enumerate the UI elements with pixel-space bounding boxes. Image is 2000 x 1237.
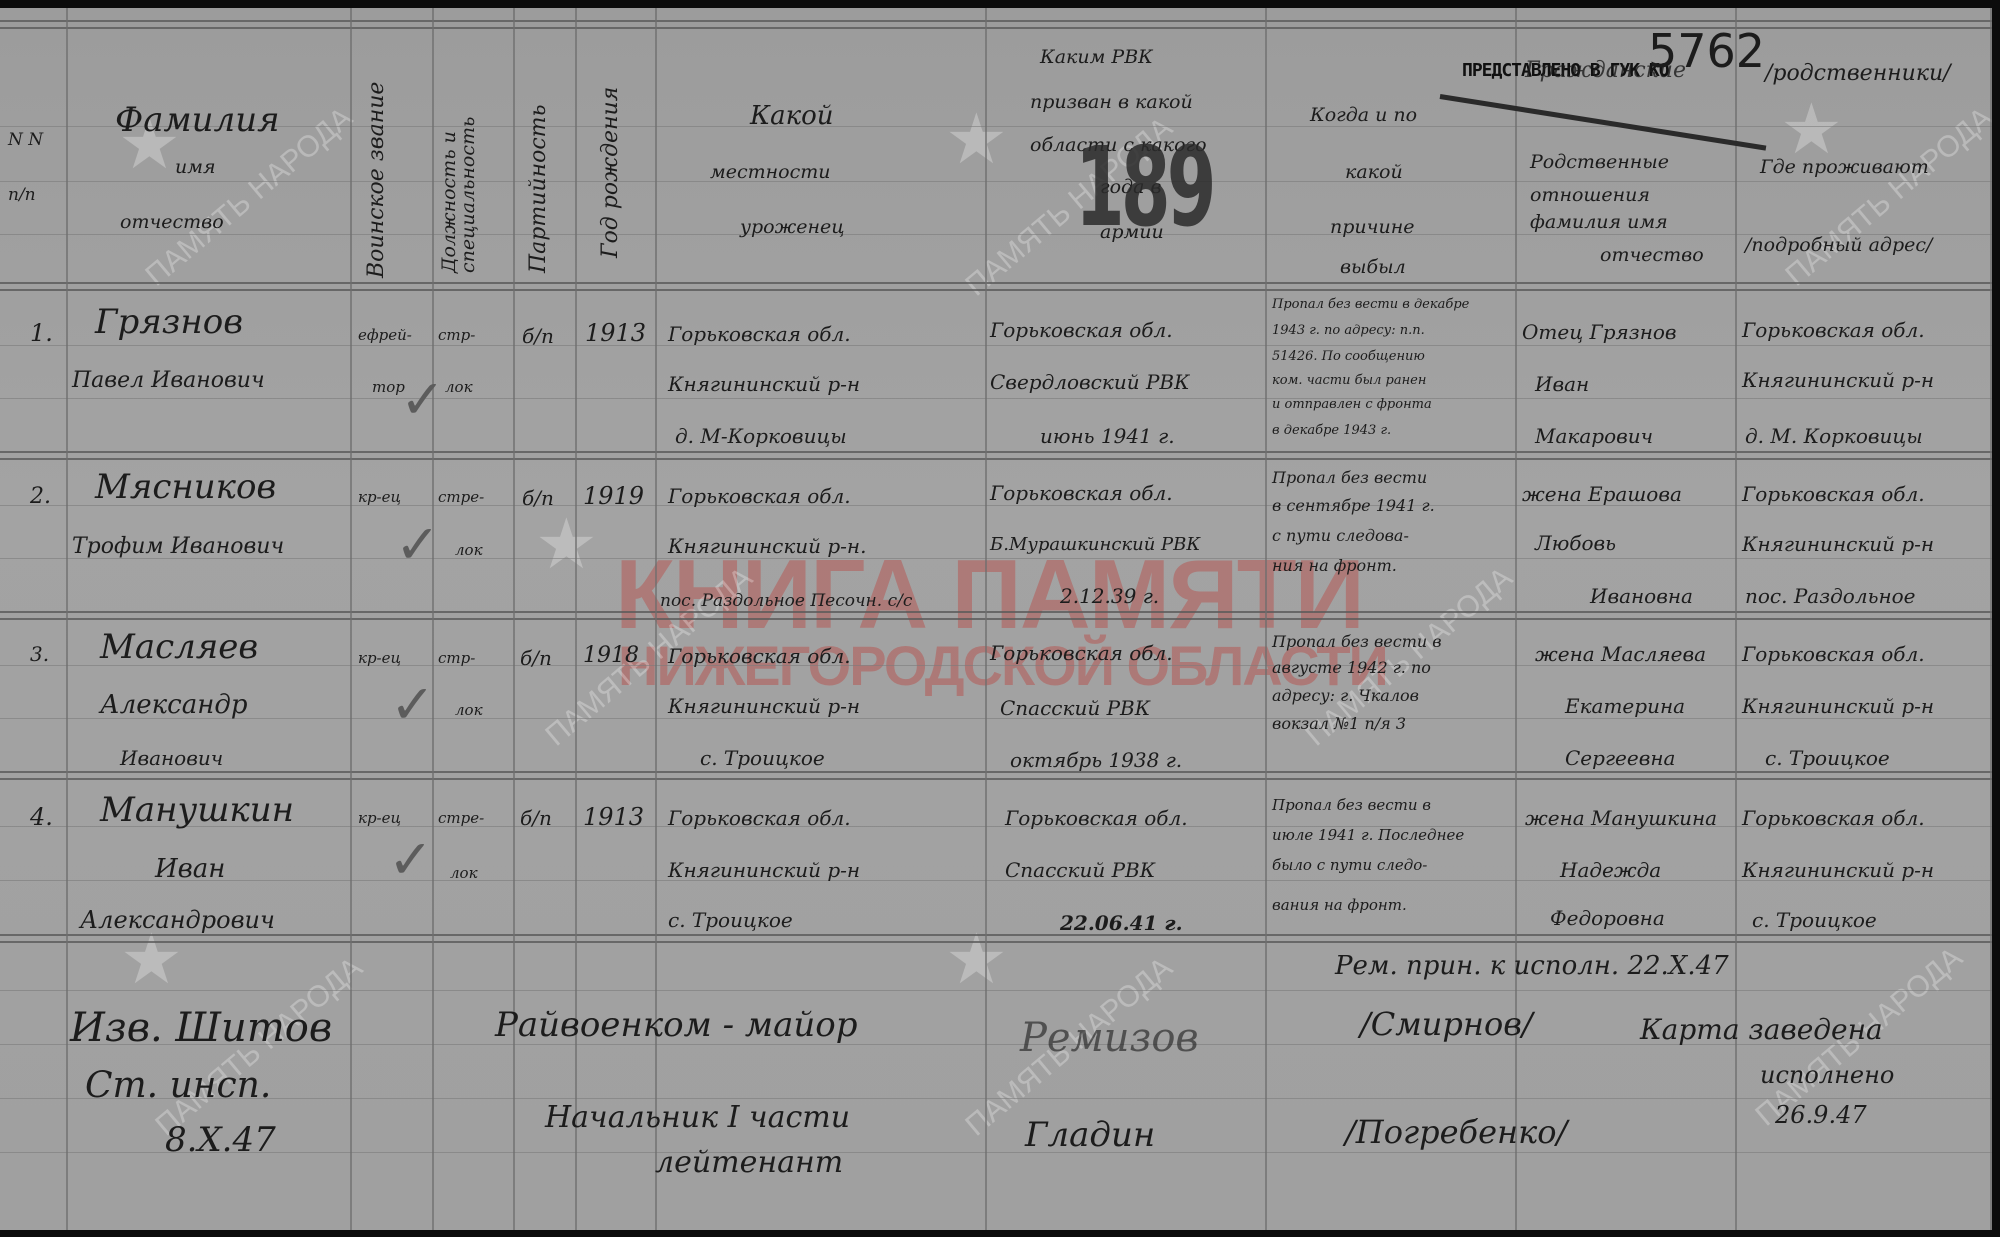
header-reason: выбыл: [1340, 258, 1406, 277]
col-divider: [350, 8, 352, 1230]
relative: Любовь: [1535, 533, 1616, 553]
draft-office: Б.Мурашкинский РВК: [990, 536, 1200, 554]
address: пос. Раздольное: [1745, 586, 1916, 606]
birthplace: Горьковская обл.: [668, 486, 851, 506]
rule: [0, 1152, 1992, 1153]
col-divider: [655, 8, 657, 1230]
checkmark-icon: ✓: [400, 368, 445, 431]
address: Горьковская обл.: [1742, 644, 1925, 664]
birthplace: с. Троицкое: [700, 748, 825, 768]
rule: [0, 1098, 1992, 1099]
rule-header-bottom: [0, 282, 1992, 291]
col-divider: [1265, 8, 1267, 1230]
header-birthplace: местности: [710, 163, 831, 182]
header-patronymic: отчество: [120, 213, 224, 232]
draft-office: Свердловский РВК: [990, 372, 1190, 392]
draft-office: Горьковская обл.: [1005, 808, 1188, 828]
rule: [0, 505, 1992, 506]
signature-2: Гладин: [1025, 1118, 1155, 1152]
loss-reason: адресу: г. Чкалов: [1272, 688, 1419, 704]
address: с. Троицкое: [1752, 910, 1877, 930]
draft-office: Спасский РВК: [1000, 698, 1150, 718]
rank: кр-ец: [358, 811, 401, 826]
rule: [0, 718, 1992, 719]
loss-reason: и отправлен с фронта: [1272, 398, 1432, 411]
patronymic: Александрович: [80, 908, 275, 932]
relative: Иван: [1535, 374, 1589, 394]
header-relatives: отношения: [1530, 186, 1650, 205]
footer-title: лейтенант: [655, 1148, 843, 1178]
header-surname: Фамилия: [115, 103, 280, 137]
relative: Сергеевна: [1565, 748, 1675, 768]
party: б/п: [522, 488, 554, 508]
header-reason: Когда и по: [1310, 106, 1417, 125]
loss-reason: в сентябре 1941 г.: [1272, 498, 1435, 514]
rule-row-1: [0, 451, 1992, 460]
row-number: 1.: [30, 321, 53, 345]
birth-year: 1913: [585, 321, 646, 345]
specialty: стре-: [438, 490, 484, 505]
header-birthplace: уроженец: [740, 218, 844, 237]
loss-reason: ния на фронт.: [1272, 558, 1397, 574]
header-draft: призван в какой: [1030, 93, 1193, 112]
col-divider: [1735, 8, 1737, 1230]
col-divider: [513, 8, 515, 1230]
relative: Надежда: [1560, 860, 1661, 880]
address: Княгининский р-н: [1742, 370, 1934, 390]
row-number: 3.: [30, 644, 49, 664]
address: Горьковская обл.: [1742, 320, 1925, 340]
birth-year: 1913: [583, 805, 644, 829]
specialty: лок: [455, 543, 483, 558]
specialty: лок: [450, 866, 478, 881]
col-divider: [985, 8, 987, 1230]
checkmark-icon: ✓: [390, 673, 435, 736]
star-icon: ★: [945, 98, 1008, 180]
specialty: лок: [445, 380, 473, 395]
draft-office: Горьковская обл.: [990, 483, 1173, 503]
loss-reason: июле 1941 г. Последнее: [1272, 828, 1464, 843]
header-address: Где проживают: [1760, 158, 1929, 177]
loss-reason: 51426. По сообщению: [1272, 350, 1425, 363]
star-icon: ★: [535, 503, 598, 585]
draft-date: октябрь 1938 г.: [1010, 750, 1182, 770]
loss-reason: 1943 г. по адресу: п.п.: [1272, 324, 1425, 337]
birth-year: 1919: [583, 484, 644, 508]
rank: кр-ец: [358, 490, 401, 505]
header-rank: Воинское звание: [366, 38, 388, 278]
loss-reason: Пропал без вести в декабре: [1272, 298, 1469, 311]
header-num: N N п/п: [8, 113, 48, 223]
relative: Макарович: [1535, 426, 1653, 446]
header-address: /подробный адрес/: [1745, 236, 1932, 255]
surname: Мясников: [95, 470, 276, 504]
loss-reason: ком. части был ранен: [1272, 374, 1426, 387]
address: с. Троицкое: [1765, 748, 1890, 768]
surname: Грязнов: [95, 305, 243, 339]
relative: жена Масляева: [1535, 644, 1706, 664]
party: б/п: [520, 808, 552, 828]
party: б/п: [522, 326, 554, 346]
star-icon: ★: [945, 918, 1008, 1000]
draft-office: Спасский РВК: [1005, 860, 1155, 880]
col-divider: [66, 8, 68, 1230]
draft-date: июнь 1941 г.: [1040, 426, 1175, 446]
birthplace: д. М-Корковицы: [675, 426, 847, 446]
top-right-note: /родственники/: [1765, 63, 1951, 85]
relative: Федоровна: [1550, 908, 1665, 928]
birthplace: с. Троицкое: [668, 910, 793, 930]
birth-year: 1918: [583, 645, 639, 667]
draft-office: Горьковская обл.: [990, 643, 1173, 663]
address: д. М. Корковицы: [1745, 426, 1923, 446]
rank: кр-ец: [358, 651, 401, 666]
col-divider: [432, 8, 434, 1230]
loss-reason: вания на фронт.: [1272, 898, 1407, 913]
rule: [0, 558, 1992, 559]
given-name: Иван: [155, 856, 225, 882]
header-draft: Каким РВК: [1040, 48, 1153, 67]
signature-1: Ремизов: [1020, 1018, 1199, 1058]
rank: ефрей-: [358, 328, 412, 343]
header-given-name: имя: [175, 158, 216, 177]
rule-row-2: [0, 611, 1992, 620]
birthplace: Княгининский р-н: [668, 374, 860, 394]
checkmark-icon: ✓: [395, 513, 440, 576]
header-relatives: Родственные: [1530, 153, 1669, 172]
rule-row-4: [0, 934, 1992, 943]
loss-reason: Пропал без вести в: [1272, 798, 1431, 813]
signatory-name-1: /Смирнов/: [1360, 1008, 1533, 1040]
footer-title: Райвоенком - майор: [495, 1008, 857, 1042]
header-birth-year: Год рождения: [600, 68, 650, 258]
birthplace: Княгининский р-н: [668, 696, 860, 716]
arrow-mark: [1440, 94, 1767, 151]
birthplace: пос. Раздольное Песочн. с/с: [660, 593, 912, 610]
given-name: Трофим Иванович: [72, 536, 284, 558]
header-reason: какой: [1345, 163, 1403, 182]
specialty: стр-: [438, 328, 475, 343]
patronymic: Иванович: [120, 748, 223, 768]
signatory-name-2: /Погребенко/: [1345, 1116, 1567, 1148]
rule: [0, 880, 1992, 881]
birthplace: Горьковская обл.: [668, 324, 851, 344]
birthplace: Горьковская обл.: [668, 646, 851, 666]
birthplace: Горьковская обл.: [668, 808, 851, 828]
specialty: стре-: [438, 811, 484, 826]
rule: [0, 234, 1992, 235]
relative: Отец Грязнов: [1522, 322, 1677, 342]
specialty: лок: [455, 703, 483, 718]
registry-number-stamp: 189: [1075, 123, 1213, 251]
header-relatives: фамилия имя: [1530, 213, 1668, 232]
address: Горьковская обл.: [1742, 808, 1925, 828]
birthplace: Княгининский р-н: [668, 860, 860, 880]
footer-title: Начальник I части: [545, 1103, 850, 1133]
rule: [0, 990, 1992, 991]
footer-left-note: Ст. инсп.: [85, 1068, 271, 1104]
address: Горьковская обл.: [1742, 484, 1925, 504]
rule: [0, 398, 1992, 399]
address: Княгининский р-н: [1742, 534, 1934, 554]
header-party: Партийность: [528, 63, 550, 273]
loss-reason: Пропал без вести: [1272, 470, 1427, 486]
loss-reason: августе 1942 г. по: [1272, 660, 1431, 676]
relative: жена Манушкина: [1525, 808, 1717, 828]
col-divider: [1990, 8, 1992, 1230]
col-divider: [575, 8, 577, 1230]
header-relatives: отчество: [1600, 246, 1704, 265]
header-reason: причине: [1330, 218, 1414, 237]
party: б/п: [520, 648, 552, 668]
draft-office: Горьковская обл.: [990, 320, 1173, 340]
birthplace: Княгининский р-н.: [668, 536, 866, 556]
footer-right-note: исполнено: [1760, 1063, 1894, 1087]
footer-left-date: 8.X.47: [165, 1123, 276, 1157]
loss-reason: было с пути следо-: [1272, 858, 1427, 873]
header-specialty: Должность и специальность: [440, 33, 500, 273]
archive-number: 5762: [1648, 28, 1765, 74]
draft-date: 2.12.39 г.: [1060, 586, 1159, 606]
rule: [0, 345, 1992, 346]
row-number: 2.: [30, 486, 51, 508]
surname: Манушкин: [100, 793, 294, 827]
footer-right-note: Карта заведена: [1640, 1016, 1883, 1044]
col-divider: [1515, 8, 1517, 1230]
row-number: 4.: [30, 805, 53, 829]
relative: Ивановна: [1590, 586, 1693, 606]
address: Княгининский р-н: [1742, 860, 1934, 880]
document-sheet: КНИГА ПАМЯТИ НИЖЕГОРОДСКОЙ ОБЛАСТИ ★ ПАМ…: [0, 8, 1992, 1230]
checkmark-icon: ✓: [388, 828, 433, 891]
rule: [0, 126, 1992, 127]
relative: жена Ерашова: [1522, 484, 1682, 504]
surname: Масляев: [100, 630, 258, 664]
loss-reason: с пути следова-: [1272, 528, 1409, 544]
loss-reason: вокзал №1 п/я 3: [1272, 716, 1406, 732]
loss-reason: Пропал без вести в: [1272, 634, 1442, 650]
rule-row-3: [0, 771, 1992, 780]
rule: [0, 181, 1992, 182]
specialty: стр-: [438, 651, 475, 666]
given-name: Александр: [100, 692, 247, 718]
footer-left-note: Изв. Шитов: [70, 1008, 332, 1048]
relative: Екатерина: [1565, 696, 1685, 716]
address: Княгининский р-н: [1742, 696, 1934, 716]
footer-note-top: Рем. прин. к исполн. 22.X.47: [1335, 953, 1729, 979]
loss-reason: в декабре 1943 г.: [1272, 424, 1391, 437]
footer-right-date: 26.9.47: [1775, 1103, 1867, 1127]
draft-date: 22.06.41 г.: [1060, 913, 1183, 933]
given-name: Павел Иванович: [72, 370, 265, 392]
header-birthplace: Какой: [750, 103, 834, 129]
